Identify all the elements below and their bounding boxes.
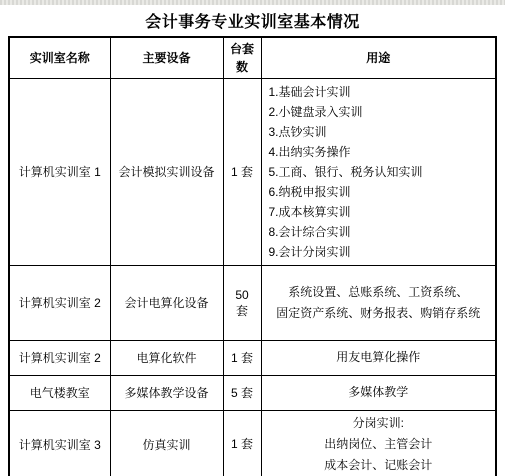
usage-line: 用友电算化操作	[266, 347, 492, 368]
equipment-cell: 会计模拟实训设备	[110, 78, 223, 265]
quantity-line: 1 套	[224, 350, 261, 366]
room-cell: 计算机实训室 3	[9, 410, 110, 476]
quantity-line: 50	[224, 287, 261, 303]
usage-cell: 1.基础会计实训2.小键盘录入实训3.点钞实训4.出纳实务操作5.工商、银行、税…	[261, 78, 496, 265]
quantity-cell: 5 套	[223, 375, 261, 410]
table-row: 计算机实训室 3仿真实训1 套分岗实训:出纳岗位、主管会计成本会计、记账会计	[9, 410, 496, 476]
quantity-cell: 50套	[223, 265, 261, 340]
usage-line: 8.会计综合实训	[269, 222, 492, 242]
usage-line: 5.工商、银行、税务认知实训	[269, 162, 492, 182]
usage-line: 多媒体教学	[266, 382, 492, 403]
usage-line: 9.会计分岗实训	[269, 242, 492, 262]
room-cell: 计算机实训室 2	[9, 265, 110, 340]
usage-line: 4.出纳实务操作	[269, 142, 492, 162]
quantity-line: 1 套	[224, 436, 261, 452]
usage-line: 3.点钞实训	[269, 122, 492, 142]
column-header-2: 台套数	[223, 37, 261, 78]
quantity-cell: 1 套	[223, 340, 261, 375]
usage-line: 2.小键盘录入实训	[269, 102, 492, 122]
usage-line: 分岗实训:	[266, 413, 492, 434]
usage-cell: 分岗实训:出纳岗位、主管会计成本会计、记账会计	[261, 410, 496, 476]
usage-line: 成本会计、记账会计	[266, 455, 492, 476]
usage-line: 系统设置、总账系统、工资系统、	[266, 282, 492, 303]
equipment-cell: 电算化软件	[110, 340, 223, 375]
usage-line: 出纳岗位、主管会计	[266, 434, 492, 455]
equipment-cell: 多媒体教学设备	[110, 375, 223, 410]
training-room-table: 实训室名称主要设备台套数用途 计算机实训室 1会计模拟实训设备1 套1.基础会计…	[8, 36, 497, 476]
quantity-line: 1 套	[224, 164, 261, 180]
window-top-edge	[0, 0, 505, 5]
table-header-row: 实训室名称主要设备台套数用途	[9, 37, 496, 78]
room-cell: 计算机实训室 1	[9, 78, 110, 265]
equipment-cell: 仿真实训	[110, 410, 223, 476]
quantity-cell: 1 套	[223, 78, 261, 265]
table-row: 计算机实训室 2会计电算化设备50套系统设置、总账系统、工资系统、固定资产系统、…	[9, 265, 496, 340]
usage-line: 1.基础会计实训	[269, 82, 492, 102]
quantity-line: 5 套	[224, 385, 261, 401]
quantity-line: 套	[224, 303, 261, 319]
equipment-cell: 会计电算化设备	[110, 265, 223, 340]
table-row: 计算机实训室 1会计模拟实训设备1 套1.基础会计实训2.小键盘录入实训3.点钞…	[9, 78, 496, 265]
page-title: 会计事务专业实训室基本情况	[0, 9, 505, 32]
table-row: 电气楼教室多媒体教学设备5 套多媒体教学	[9, 375, 496, 410]
column-header-3: 用途	[261, 37, 496, 78]
usage-cell: 系统设置、总账系统、工资系统、固定资产系统、财务报表、购销存系统	[261, 265, 496, 340]
column-header-0: 实训室名称	[9, 37, 110, 78]
room-cell: 电气楼教室	[9, 375, 110, 410]
usage-cell: 多媒体教学	[261, 375, 496, 410]
usage-cell: 用友电算化操作	[261, 340, 496, 375]
usage-line: 6.纳税申报实训	[269, 182, 492, 202]
column-header-1: 主要设备	[110, 37, 223, 78]
usage-line: 7.成本核算实训	[269, 202, 492, 222]
table-row: 计算机实训室 2电算化软件1 套用友电算化操作	[9, 340, 496, 375]
room-cell: 计算机实训室 2	[9, 340, 110, 375]
usage-line: 固定资产系统、财务报表、购销存系统	[266, 303, 492, 324]
quantity-cell: 1 套	[223, 410, 261, 476]
